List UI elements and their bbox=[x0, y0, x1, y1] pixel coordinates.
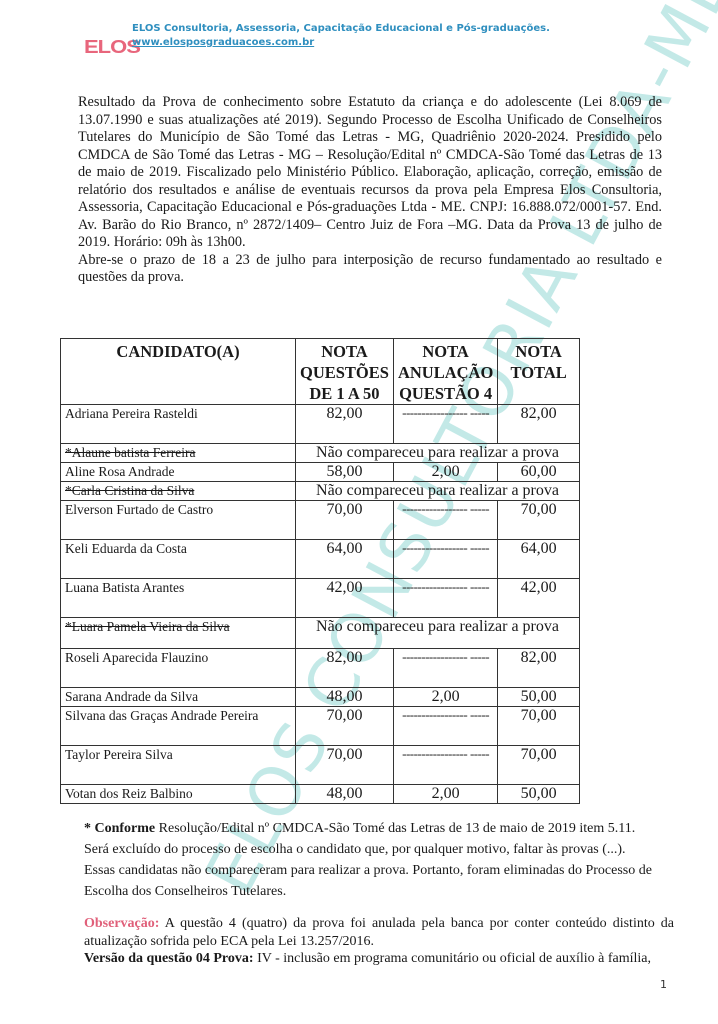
candidate-name: Taylor Pereira Silva bbox=[61, 746, 296, 785]
score-total: 64,00 bbox=[498, 540, 580, 579]
table-row: Sarana Andrade da Silva48,002,0050,00 bbox=[61, 688, 580, 707]
score-questions: 48,00 bbox=[296, 785, 394, 804]
score-questions: 42,00 bbox=[296, 579, 394, 618]
score-annulment: 2,00 bbox=[393, 688, 497, 707]
score-annulment-empty: ----------------- ----- bbox=[393, 746, 497, 785]
candidate-name: Votan dos Reiz Balbino bbox=[61, 785, 296, 804]
score-questions: 82,00 bbox=[296, 405, 394, 444]
table-row: Luana Batista Arantes42,00--------------… bbox=[61, 579, 580, 618]
score-annulment: 2,00 bbox=[393, 785, 497, 804]
observation-label: Observação: bbox=[84, 916, 159, 931]
score-annulment-empty: ----------------- ----- bbox=[393, 405, 497, 444]
candidate-name: Sarana Andrade da Silva bbox=[61, 688, 296, 707]
absence-note: * Conforme Resolução/Edital nº CMDCA-São… bbox=[84, 818, 674, 902]
score-annulment-empty: ----------------- ----- bbox=[393, 501, 497, 540]
score-annulment-empty: ----------------- ----- bbox=[393, 707, 497, 746]
version-paragraph: Versão da questão 04 Prova: IV - inclusã… bbox=[84, 950, 674, 968]
absent-status: Não compareceu para realizar a prova bbox=[296, 444, 580, 463]
candidate-name: *Carla Cristina da Silva bbox=[61, 482, 296, 501]
score-annulment-empty: ----------------- ----- bbox=[393, 540, 497, 579]
header-total: NOTA TOTAL bbox=[498, 339, 580, 405]
score-total: 42,00 bbox=[498, 579, 580, 618]
score-total: 70,00 bbox=[498, 501, 580, 540]
results-table: CANDIDATO(A) NOTA QUESTÕES DE 1 A 50 NOT… bbox=[60, 338, 580, 804]
intro-paragraph: Resultado da Prova de conhecimento sobre… bbox=[78, 94, 662, 252]
note-line-1: * Conforme Resolução/Edital nº CMDCA-São… bbox=[84, 818, 674, 839]
observation-text: A questão 4 (quatro) da prova foi anulad… bbox=[84, 916, 674, 949]
table-row: *Carla Cristina da SilvaNão compareceu p… bbox=[61, 482, 580, 501]
score-questions: 48,00 bbox=[296, 688, 394, 707]
appeal-deadline: Abre-se o prazo de 18 a 23 de julho para… bbox=[78, 252, 662, 287]
score-total: 82,00 bbox=[498, 649, 580, 688]
score-questions: 70,00 bbox=[296, 501, 394, 540]
observation-section: Observação: A questão 4 (quatro) da prov… bbox=[84, 915, 674, 968]
observation-paragraph: Observação: A questão 4 (quatro) da prov… bbox=[84, 915, 674, 950]
intro-section: Resultado da Prova de conhecimento sobre… bbox=[78, 94, 662, 287]
note-line-2: Será excluído do processo de escolha o c… bbox=[84, 839, 674, 860]
note-line-3: Essas candidatas não compareceram para r… bbox=[84, 860, 674, 902]
score-annulment-empty: ----------------- ----- bbox=[393, 579, 497, 618]
table-row: Keli Eduarda da Costa64,00--------------… bbox=[61, 540, 580, 579]
absent-status: Não compareceu para realizar a prova bbox=[296, 482, 580, 501]
score-total: 50,00 bbox=[498, 688, 580, 707]
company-tagline: ELOS Consultoria, Assessoria, Capacitaçã… bbox=[132, 22, 552, 36]
score-total: 82,00 bbox=[498, 405, 580, 444]
table-row: Elverson Furtado de Castro70,00---------… bbox=[61, 501, 580, 540]
table-row: Roseli Aparecida Flauzino82,00----------… bbox=[61, 649, 580, 688]
table-row: *Alaune batista FerreiraNão compareceu p… bbox=[61, 444, 580, 463]
page-number: 1 bbox=[660, 978, 667, 991]
candidate-name: *Luara Pamela Vieira da Silva bbox=[61, 618, 296, 649]
company-website-link[interactable]: www.elosposgraduacoes.com.br bbox=[132, 36, 552, 50]
score-questions: 82,00 bbox=[296, 649, 394, 688]
version-text: IV - inclusão em programa comunitário ou… bbox=[254, 951, 651, 966]
candidate-name: Elverson Furtado de Castro bbox=[61, 501, 296, 540]
header-annulment: NOTA ANULAÇÃO QUESTÃO 4 bbox=[393, 339, 497, 405]
score-total: 70,00 bbox=[498, 707, 580, 746]
table-row: Taylor Pereira Silva70,00---------------… bbox=[61, 746, 580, 785]
note-text: Resolução/Edital nº CMDCA-São Tomé das L… bbox=[155, 821, 635, 836]
table-row: Adriana Pereira Rasteldi82,00-----------… bbox=[61, 405, 580, 444]
score-questions: 70,00 bbox=[296, 707, 394, 746]
table-row: *Luara Pamela Vieira da SilvaNão compare… bbox=[61, 618, 580, 649]
table-row: Aline Rosa Andrade58,002,0060,00 bbox=[61, 463, 580, 482]
score-questions: 70,00 bbox=[296, 746, 394, 785]
candidate-name: *Alaune batista Ferreira bbox=[61, 444, 296, 463]
header-candidate: CANDIDATO(A) bbox=[61, 339, 296, 405]
candidate-name: Keli Eduarda da Costa bbox=[61, 540, 296, 579]
score-annulment-empty: ----------------- ----- bbox=[393, 649, 497, 688]
score-annulment: 2,00 bbox=[393, 463, 497, 482]
score-total: 60,00 bbox=[498, 463, 580, 482]
table-header-row: CANDIDATO(A) NOTA QUESTÕES DE 1 A 50 NOT… bbox=[61, 339, 580, 405]
candidate-name: Silvana das Graças Andrade Pereira bbox=[61, 707, 296, 746]
candidate-name: Aline Rosa Andrade bbox=[61, 463, 296, 482]
candidate-name: Roseli Aparecida Flauzino bbox=[61, 649, 296, 688]
score-total: 70,00 bbox=[498, 746, 580, 785]
score-total: 50,00 bbox=[498, 785, 580, 804]
score-questions: 64,00 bbox=[296, 540, 394, 579]
letterhead-text: ELOS Consultoria, Assessoria, Capacitaçã… bbox=[132, 22, 552, 50]
version-label: Versão da questão 04 Prova: bbox=[84, 951, 254, 966]
score-questions: 58,00 bbox=[296, 463, 394, 482]
absent-status: Não compareceu para realizar a prova bbox=[296, 618, 580, 649]
note-lead: * Conforme bbox=[84, 821, 155, 836]
candidate-name: Adriana Pereira Rasteldi bbox=[61, 405, 296, 444]
table-row: Silvana das Graças Andrade Pereira70,00-… bbox=[61, 707, 580, 746]
candidate-name: Luana Batista Arantes bbox=[61, 579, 296, 618]
header-questions: NOTA QUESTÕES DE 1 A 50 bbox=[296, 339, 394, 405]
table-row: Votan dos Reiz Balbino48,002,0050,00 bbox=[61, 785, 580, 804]
